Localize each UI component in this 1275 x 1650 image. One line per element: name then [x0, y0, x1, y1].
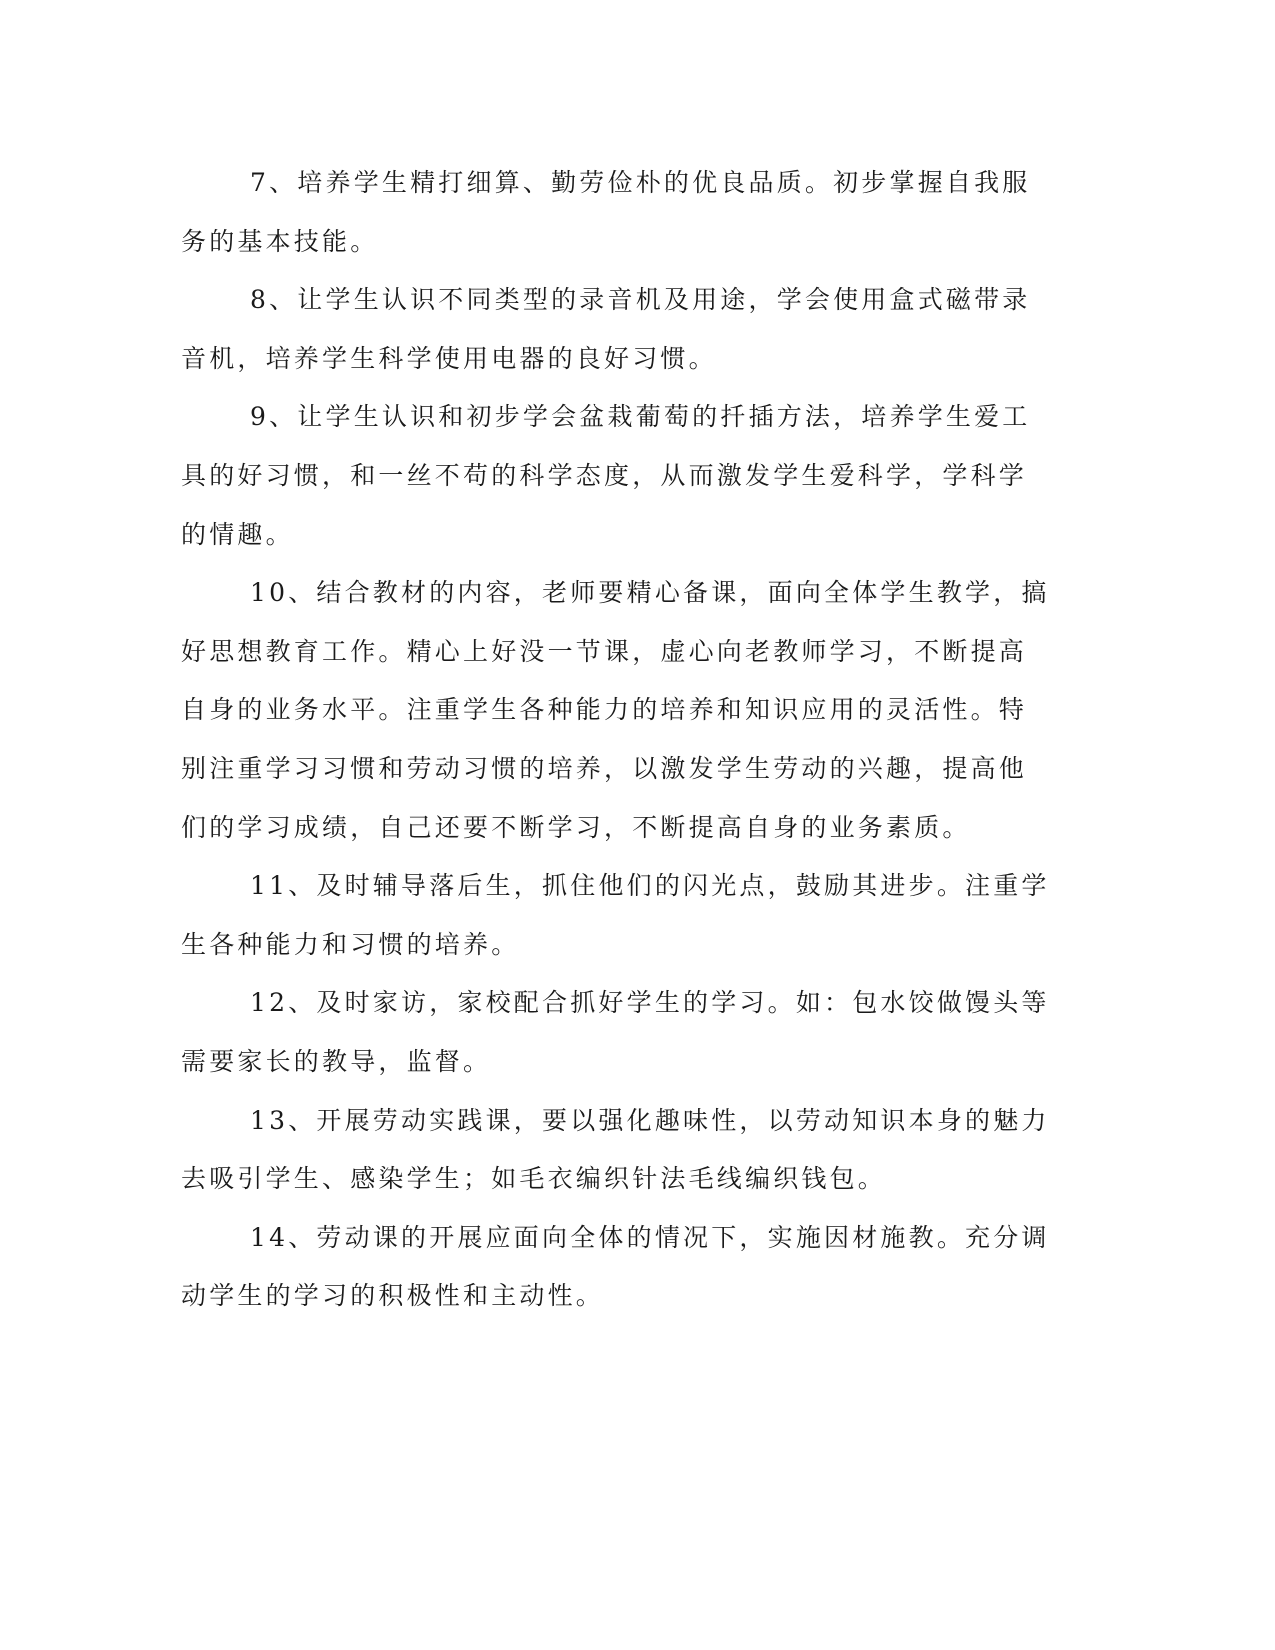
text-line: 13、开展劳动实践课，要以强化趣味性，以劳动知识本身的魅力 — [181, 1098, 1031, 1157]
text-line: 8、让学生认识不同类型的录音机及用途，学会使用盒式磁带录 — [181, 277, 1031, 336]
text-line: 9、让学生认识和初步学会盆栽葡萄的扦插方法，培养学生爱工 — [181, 394, 1031, 453]
text-line: 11、及时辅导落后生，抓住他们的闪光点，鼓励其进步。注重学 — [181, 863, 1031, 922]
text-line: 生各种能力和习惯的培养。 — [181, 922, 1031, 981]
text-line: 去吸引学生、感染学生；如毛衣编织针法毛线编织钱包。 — [181, 1156, 1031, 1215]
paragraph-10: 10、结合教材的内容，老师要精心备课，面向全体学生教学，搞 好思想教育工作。精心… — [181, 570, 1031, 863]
paragraph-12: 12、及时家访，家校配合抓好学生的学习。如：包水饺做馒头等 需要家长的教导，监督… — [181, 980, 1031, 1097]
document-page: 7、培养学生精打细算、勤劳俭朴的优良品质。初步掌握自我服 务的基本技能。 8、让… — [181, 160, 1031, 1332]
text-line: 们的学习成绩，自己还要不断学习，不断提高自身的业务素质。 — [181, 805, 1031, 864]
text-line: 音机，培养学生科学使用电器的良好习惯。 — [181, 336, 1031, 395]
paragraph-13: 13、开展劳动实践课，要以强化趣味性，以劳动知识本身的魅力 去吸引学生、感染学生… — [181, 1098, 1031, 1215]
text-line: 需要家长的教导，监督。 — [181, 1039, 1031, 1098]
text-line: 具的好习惯，和一丝不苟的科学态度，从而激发学生爱科学，学科学 — [181, 453, 1031, 512]
text-line: 别注重学习习惯和劳动习惯的培养，以激发学生劳动的兴趣，提高他 — [181, 746, 1031, 805]
paragraph-9: 9、让学生认识和初步学会盆栽葡萄的扦插方法，培养学生爱工 具的好习惯，和一丝不苟… — [181, 394, 1031, 570]
paragraph-14: 14、劳动课的开展应面向全体的情况下，实施因材施教。充分调 动学生的学习的积极性… — [181, 1215, 1031, 1332]
paragraph-7: 7、培养学生精打细算、勤劳俭朴的优良品质。初步掌握自我服 务的基本技能。 — [181, 160, 1031, 277]
text-line: 12、及时家访，家校配合抓好学生的学习。如：包水饺做馒头等 — [181, 980, 1031, 1039]
text-line: 的情趣。 — [181, 512, 1031, 571]
text-line: 务的基本技能。 — [181, 219, 1031, 278]
text-line: 动学生的学习的积极性和主动性。 — [181, 1273, 1031, 1332]
text-line: 7、培养学生精打细算、勤劳俭朴的优良品质。初步掌握自我服 — [181, 160, 1031, 219]
text-line: 14、劳动课的开展应面向全体的情况下，实施因材施教。充分调 — [181, 1215, 1031, 1274]
text-line: 好思想教育工作。精心上好没一节课，虚心向老教师学习，不断提高 — [181, 629, 1031, 688]
text-line: 10、结合教材的内容，老师要精心备课，面向全体学生教学，搞 — [181, 570, 1031, 629]
paragraph-11: 11、及时辅导落后生，抓住他们的闪光点，鼓励其进步。注重学 生各种能力和习惯的培… — [181, 863, 1031, 980]
text-line: 自身的业务水平。注重学生各种能力的培养和知识应用的灵活性。特 — [181, 687, 1031, 746]
paragraph-8: 8、让学生认识不同类型的录音机及用途，学会使用盒式磁带录 音机，培养学生科学使用… — [181, 277, 1031, 394]
